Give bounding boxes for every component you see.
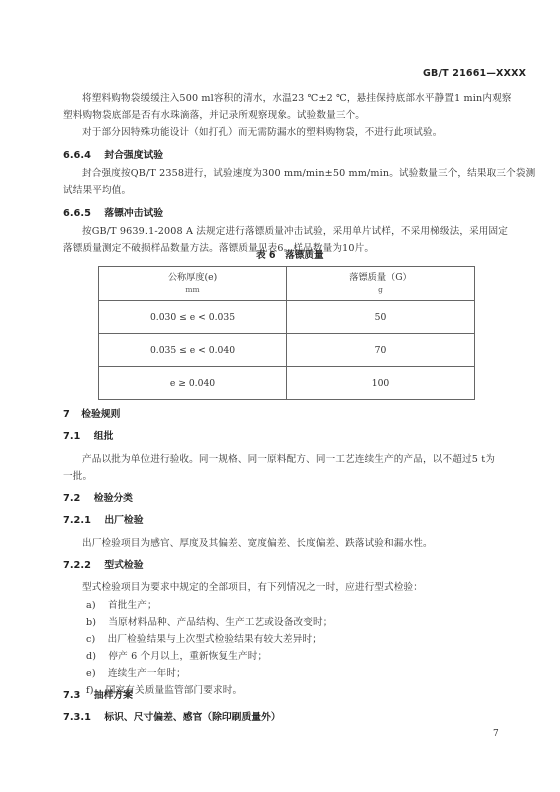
list-marker: b) <box>86 617 96 628</box>
section-number: 7.2.1 <box>63 515 91 526</box>
table-row: e ≥ 0.040 100 <box>99 367 475 400</box>
section-heading-7-2-1: 7.2.1 出厂检验 <box>63 512 144 526</box>
section-title: 标识、尺寸偏差、感官（除印刷质量外） <box>104 712 280 723</box>
thickness-cell: 0.035 ≤ e < 0.040 <box>99 334 287 367</box>
list-text: 首批生产； <box>108 600 157 611</box>
list-item: a) 首批生产； <box>86 597 157 611</box>
list-item: c) 出厂检验结果与上次型式检验结果有较大差异时； <box>86 631 322 645</box>
paragraph-line: 封合强度按QB/T 2358进行，试验速度为300 mm/min±50 mm/m… <box>82 165 535 179</box>
paragraph-line: 将塑料购物袋缓缓注入500 ml容积的清水，水温23 ℃±2 ℃，悬挂保持底部水… <box>82 90 512 104</box>
section-title: 落镖冲击试验 <box>104 208 163 219</box>
list-text: 停产 6 个月以上，重新恢复生产时； <box>108 651 267 662</box>
paragraph-line: 型式检验项目为要求中规定的全部项目，有下列情况之一时，应进行型式检验： <box>82 579 423 593</box>
thickness-cell: 0.030 ≤ e < 0.035 <box>99 301 287 334</box>
section-heading-7-3: 7.3 抽样方案 <box>63 687 133 701</box>
table-header-cell: 公称厚度(e) mm <box>99 267 287 301</box>
section-number: 7.3.1 <box>63 712 91 723</box>
section-title: 型式检验 <box>104 560 143 571</box>
section-title: 抽样方案 <box>94 690 133 701</box>
header-label: 落镖质量（G） <box>288 272 473 284</box>
paragraph-line: 对于部分因特殊功能设计（如打孔）而无需防漏水的塑料购物袋，不进行此项试验。 <box>82 124 443 138</box>
paragraph-line: 一批。 <box>63 468 92 482</box>
table-header-row: 公称厚度(e) mm 落镖质量（G） g <box>99 267 475 301</box>
table-caption: 表 6 落镖质量 <box>256 247 324 261</box>
list-marker: a) <box>86 600 96 611</box>
paragraph-line: 塑料购物袋底部是否有水珠滴落，并记录所观察现象。试验数量三个。 <box>63 107 365 121</box>
paragraph-line: 落镖质量测定不破损样品数量方法。落镖质量见表6。样品数量为10片。 <box>63 240 374 254</box>
standard-id-header: GB/T 21661—XXXX <box>423 68 526 79</box>
section-title: 检验分类 <box>94 493 133 504</box>
header-unit: g <box>288 284 473 296</box>
mass-cell: 50 <box>287 301 475 334</box>
header-label: 公称厚度(e) <box>100 272 285 284</box>
list-marker: d) <box>86 651 96 662</box>
section-heading-7-1: 7.1 组批 <box>63 428 113 442</box>
section-heading-7-3-1: 7.3.1 标识、尺寸偏差、感官（除印刷质量外） <box>63 709 281 723</box>
section-heading-6-6-4: 6.6.4 封合强度试验 <box>63 147 163 161</box>
table-header-cell: 落镖质量（G） g <box>287 267 475 301</box>
section-number: 7 <box>63 409 70 420</box>
list-item: b) 当原材料品种、产品结构、生产工艺或设备改变时； <box>86 614 333 628</box>
list-text: 连续生产一年时； <box>108 668 186 679</box>
mass-cell: 70 <box>287 334 475 367</box>
list-item: d) 停产 6 个月以上，重新恢复生产时； <box>86 648 267 662</box>
section-title: 检验规则 <box>81 409 120 420</box>
section-number: 6.6.4 <box>63 150 91 161</box>
mass-cell: 100 <box>287 367 475 400</box>
list-marker: e) <box>86 668 96 679</box>
paragraph-line: 试结果平均值。 <box>63 182 131 196</box>
section-heading-7: 7 检验规则 <box>63 406 120 420</box>
falling-dart-mass-table: 公称厚度(e) mm 落镖质量（G） g 0.030 ≤ e < 0.035 5… <box>98 266 475 400</box>
paragraph-line: 按GB/T 9639.1-2008 A 法规定进行落镖质量冲击试验，采用单片试样… <box>82 223 508 237</box>
section-number: 7.2.2 <box>63 560 91 571</box>
section-heading-6-6-5: 6.6.5 落镖冲击试验 <box>63 205 163 219</box>
section-title: 封合强度试验 <box>104 150 163 161</box>
paragraph-line: 出厂检验项目为感官、厚度及其偏差、宽度偏差、长度偏差、跌落试验和漏水性。 <box>82 535 433 549</box>
thickness-cell: e ≥ 0.040 <box>99 367 287 400</box>
section-number: 7.3 <box>63 690 80 701</box>
section-title: 出厂检验 <box>104 515 143 526</box>
list-text: 当原材料品种、产品结构、生产工艺或设备改变时； <box>108 617 332 628</box>
table-row: 0.035 ≤ e < 0.040 70 <box>99 334 475 367</box>
section-heading-7-2-2: 7.2.2 型式检验 <box>63 557 144 571</box>
list-item: e) 连续生产一年时； <box>86 665 186 679</box>
page-number: 7 <box>493 729 499 739</box>
header-unit: mm <box>100 284 285 296</box>
table-row: 0.030 ≤ e < 0.035 50 <box>99 301 475 334</box>
section-title: 组批 <box>94 431 114 442</box>
paragraph-line: 产品以批为单位进行验收。同一规格、同一原料配方、同一工艺连续生产的产品，以不超过… <box>82 451 495 465</box>
section-heading-7-2: 7.2 检验分类 <box>63 490 133 504</box>
list-marker: c) <box>86 634 95 645</box>
list-text: 出厂检验结果与上次型式检验结果有较大差异时； <box>108 634 322 645</box>
section-number: 6.6.5 <box>63 208 91 219</box>
section-number: 7.2 <box>63 493 80 504</box>
section-number: 7.1 <box>63 431 80 442</box>
